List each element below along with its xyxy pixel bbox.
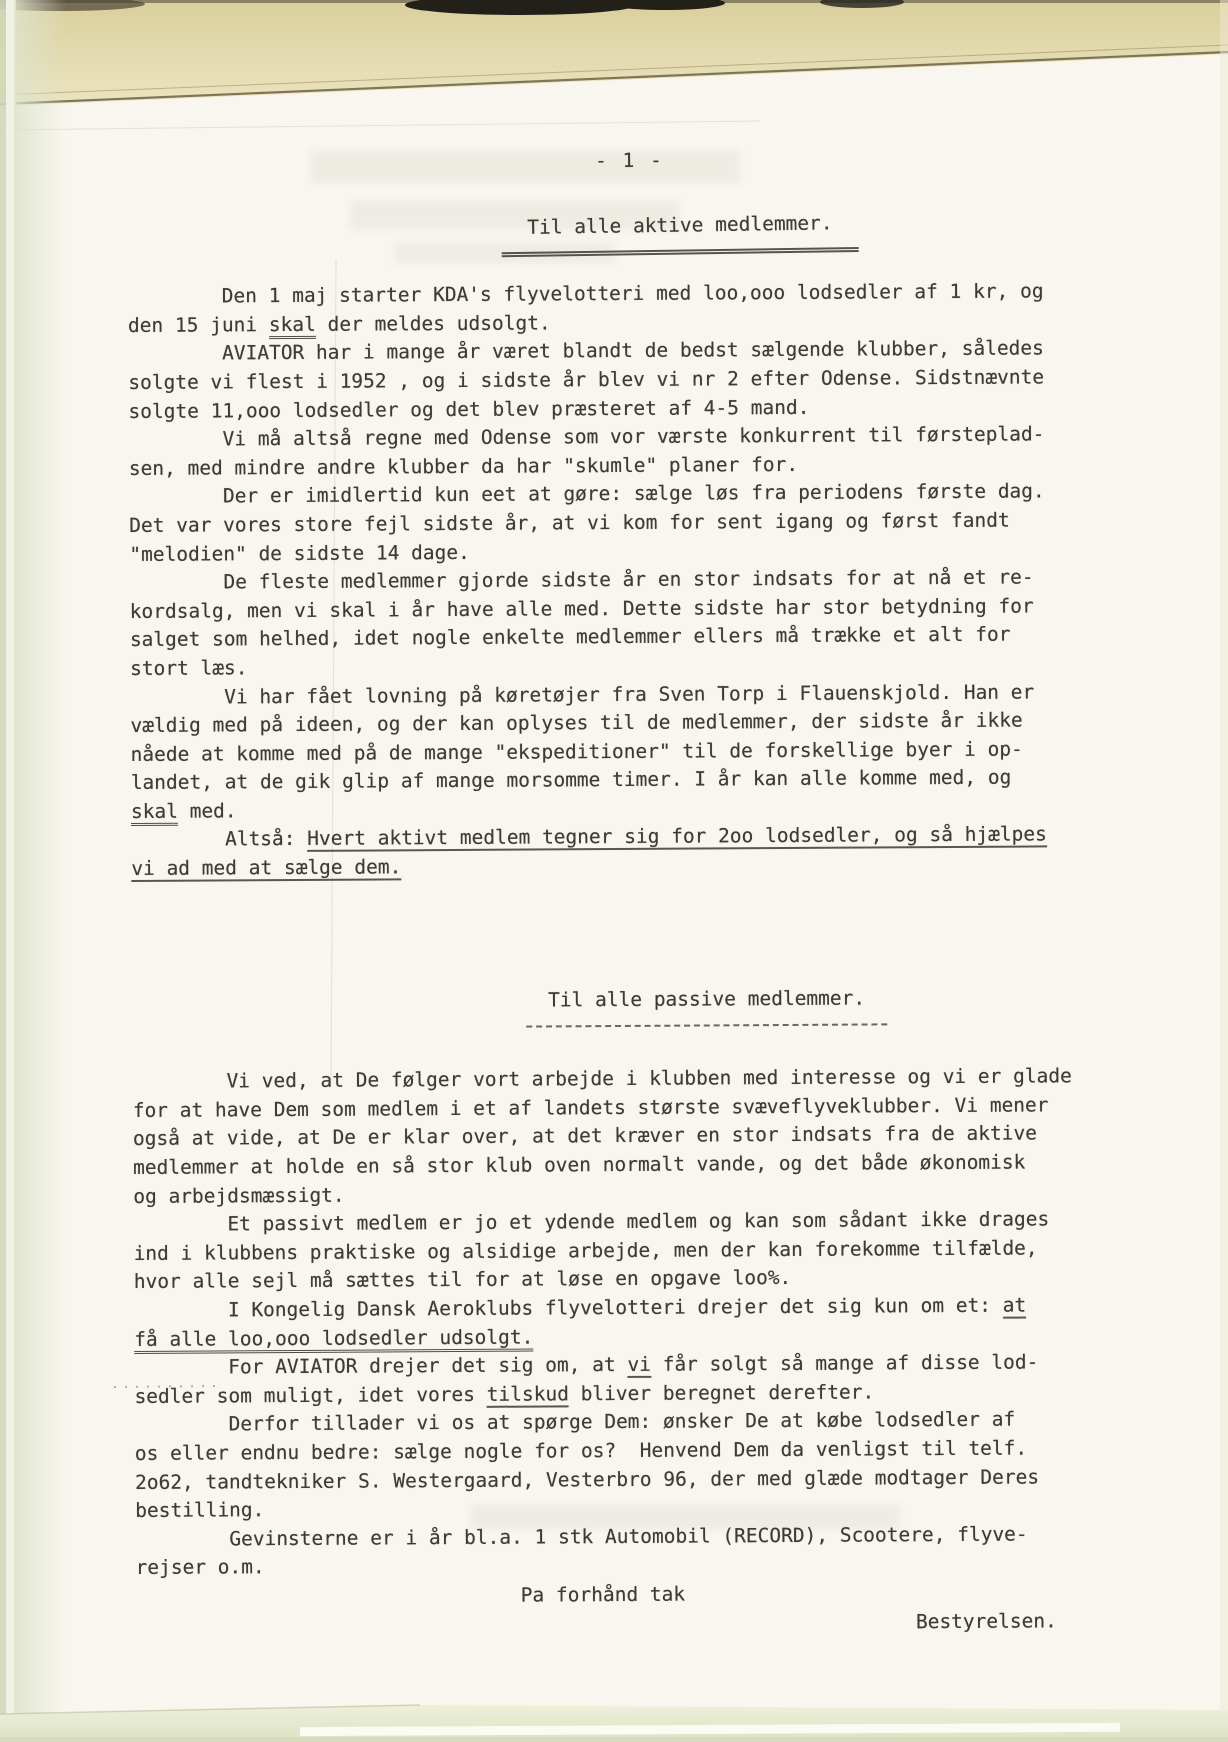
text-run: også at vide, at De er klar over, at det… [133,1122,1037,1151]
page-number: - 1 - [127,144,1132,179]
text-run: "melodien" de sidste 14 dage. [129,540,470,565]
text-run: der meldes udsolgt. [316,311,551,335]
text-run: bestilling. [135,1498,264,1522]
body-lines-active: Den 1 maj starter KDA's flyvelotteri med… [128,277,1137,884]
text-run: De fleste medlemmer gjorde sidste år en … [129,566,1033,595]
text-run: solgte vi flest i 1952 , og i sidste år … [128,365,1044,394]
document-page: - 1 - Til alle aktive medlemmer. Den 1 m… [0,0,1228,1742]
text-run: Det var vores store fejl sidste år, at v… [129,509,1010,537]
text-run: Vi har fået lovning på køretøjer fra Sve… [130,680,1034,709]
text-run: og arbejdsmæssigt. [133,1183,344,1207]
left-margin-band [0,0,6,1742]
text-run: solgte 11,ooo lodsedler og det blev præs… [128,395,809,422]
text-run: kordsalg, men vi skal i år have alle med… [130,594,1034,623]
text-run: AVIATOR har i mange år været blandt de b… [128,337,1044,366]
text-line: landet, at de gik glip af mange morsomme… [131,763,1136,798]
text-run: hvor alle sejl må sættes til for at løse… [134,1266,792,1293]
body-lines-passive: Vi ved, at De følger vort arbejde i klub… [133,1062,1141,1583]
section-heading-passive: Til alle passive medlemmer. [526,984,887,1028]
text-run: sedler som muligt, idet vores [134,1383,486,1408]
text-run: Vi ved, at De følger vort arbejde i klub… [133,1064,1072,1093]
text-run: med. [178,799,237,822]
text-run: rejser o.m. [136,1556,265,1580]
section-active-members: Til alle aktive medlemmer. Den 1 maj sta… [127,208,1136,883]
text-run: salget som helhed, idet nogle enkelte me… [130,623,1011,651]
text-line: I Kongelig Dansk Aeroklubs flyvelotteri … [134,1291,1139,1326]
underlined-text: Hvert aktivt medlem tegner sig for 2oo l… [307,823,1047,853]
text-run: nåede at komme med på de mange "ekspedit… [131,737,1023,765]
text-line: salget som helhed, idet nogle enkelte me… [130,620,1135,655]
text-run: Altså: [131,827,307,851]
text-run: stort læs. [130,656,248,680]
text-run: Den 1 maj starter KDA's flyvelotteri med… [128,280,1044,309]
text-run: den 15 juni [128,313,269,337]
underlined-text: skal [269,313,316,339]
text-run: Derfor tillader vi os at spørge Dem: øns… [135,1408,1016,1436]
text-line: vi ad med at sælge dem. [131,849,1136,884]
letter-content: - 1 - Til alle aktive medlemmer. Den 1 m… [126,0,1141,1641]
underlined-text: få alle loo,ooo lodsedler udsolgt. [134,1325,533,1353]
underlined-text: skal [131,800,178,826]
underlined-text: tilskud [487,1382,569,1408]
text-run: landet, at de gik glip af mange morsomme… [131,766,1012,794]
text-line: For AVIATOR drejer det sig om, at vi får… [134,1348,1139,1383]
text-run: For AVIATOR drejer det sig om, at [134,1353,627,1379]
text-run: ind i klubbens praktiske og alsidige arb… [134,1236,1038,1265]
underlined-text: vi [627,1353,651,1378]
text-run: for at have Dem som medlem i et af lande… [133,1093,1049,1122]
underlined-text: at [1003,1294,1027,1319]
underlined-text: vi ad med at sælge dem. [131,855,401,882]
text-run: Et passivt medlem er jo et ydende medlem… [133,1208,1049,1237]
section-passive-members: Til alle passive medlemmer. Vi ved, at D… [132,982,1141,1582]
text-run: vældig med på ideen, og der kan oplyses … [130,709,1022,737]
text-run: sen, med mindre andre klubber da har "sk… [129,453,798,480]
text-run: I Kongelig Dansk Aeroklubs flyvelotteri … [134,1294,1003,1322]
text-run: medlemmer at holde en så stor klub oven … [133,1151,1025,1179]
section-heading-active: Til alle aktive medlemmer. [501,209,859,257]
closing-thanks: Pa forhånd tak [521,1578,1141,1610]
text-run: os eller endnu bedre: sælge nogle for os… [135,1436,1027,1464]
text-line: Det var vores store fejl sidste år, at v… [129,506,1134,541]
text-run: Gevinsterne er i år bl.a. 1 stk Automobi… [135,1522,1027,1550]
text-run: Der er imidlertid kun eet at gøre: sælge… [129,480,1045,509]
text-run: får solgt så mange af disse lod- [651,1351,1039,1376]
text-run: Vi må altså regne med Odense som vor vær… [129,423,1045,452]
text-run: 2o62, tandtekniker S. Westergaard, Veste… [135,1465,1039,1494]
text-run: bliver beregnet derefter. [569,1380,874,1405]
closing-signature: Bestyrelsen. [916,1606,1141,1636]
